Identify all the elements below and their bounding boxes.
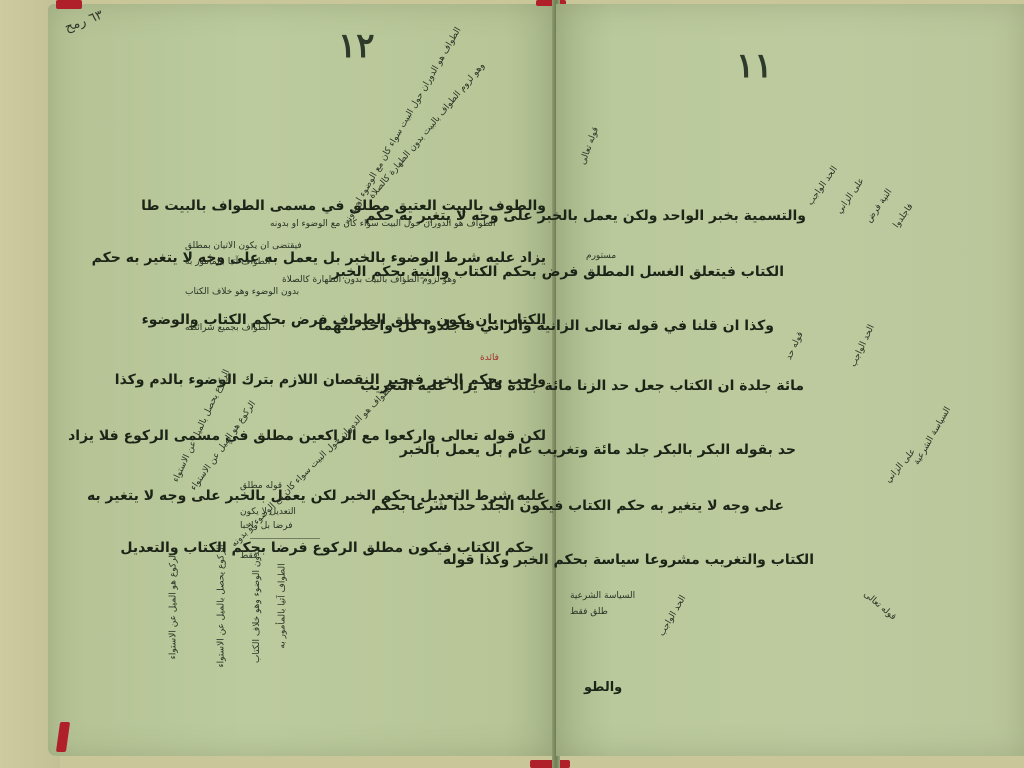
- left-gloss-vertical-2: الركوع يحصل بالميل عن الاستواء: [216, 544, 228, 667]
- left-gloss-8: قوله مطلق: [240, 480, 282, 492]
- catchword: والطو: [584, 680, 622, 695]
- left-gloss-10: فرضا بل واجبا: [240, 520, 293, 532]
- left-gloss-3: الطواف آتيا بالمأمور به: [185, 256, 270, 268]
- right-main-line-7: الكتاب والتغريب مشروعا سياسة بحكم الخبر …: [443, 552, 814, 568]
- left-gloss-7: فائدة: [480, 352, 499, 364]
- left-gloss-vertical-1: الركوع هو الميل عن الاستواء: [167, 553, 179, 660]
- right-gloss-bottom-1: السياسة الشرعية: [570, 590, 635, 602]
- right-main-line-2: الكتاب فيتعلق الغسل المطلق فرض بحكم الكت…: [332, 264, 784, 280]
- right-gloss-1: مستورم: [586, 250, 616, 262]
- right-main-line-3: وكذا ان قلنا في قوله تعالى الزانية والزا…: [318, 318, 774, 334]
- left-gloss-9: التعديل لا يكون: [240, 506, 296, 518]
- bottom-center-ribbon-tab: [530, 760, 570, 768]
- left-folio-number: ١٢: [338, 26, 375, 66]
- left-gloss-vertical-3: بدون الوضوء وهو خلاف الكتاب: [251, 549, 263, 663]
- left-gloss-6: الطواف بجميع شرائطه: [185, 322, 271, 334]
- left-underline: [250, 538, 320, 539]
- right-folio-number: ١١: [736, 46, 773, 86]
- top-left-ribbon-tab: [56, 0, 82, 9]
- right-main-line-4: مائة جلدة ان الكتاب جعل حد الزنا مائة جل…: [360, 378, 804, 394]
- left-gloss-vertical-4: الطواف آتيا بالمأمور به: [277, 563, 289, 648]
- fayda-rubric: فائدة: [480, 353, 499, 363]
- right-main-line-1: والتسمية بخبر الواحد ولكن يعمل بالخبر عل…: [365, 208, 806, 224]
- right-main-line-5: حد بقوله البكر بالبكر جلد مائة وتغريب عا…: [400, 442, 796, 458]
- left-gloss-4: بدون الوضوء وهو خلاف الكتاب: [185, 286, 299, 298]
- left-gloss-2: فيقتضى ان يكون الاتيان بمطلق: [185, 240, 302, 252]
- right-main-line-6: على وجه لا يتغير به حكم الكتاب فيكون الج…: [371, 498, 784, 514]
- right-gloss-bottom-2: طلق فقط: [570, 606, 608, 618]
